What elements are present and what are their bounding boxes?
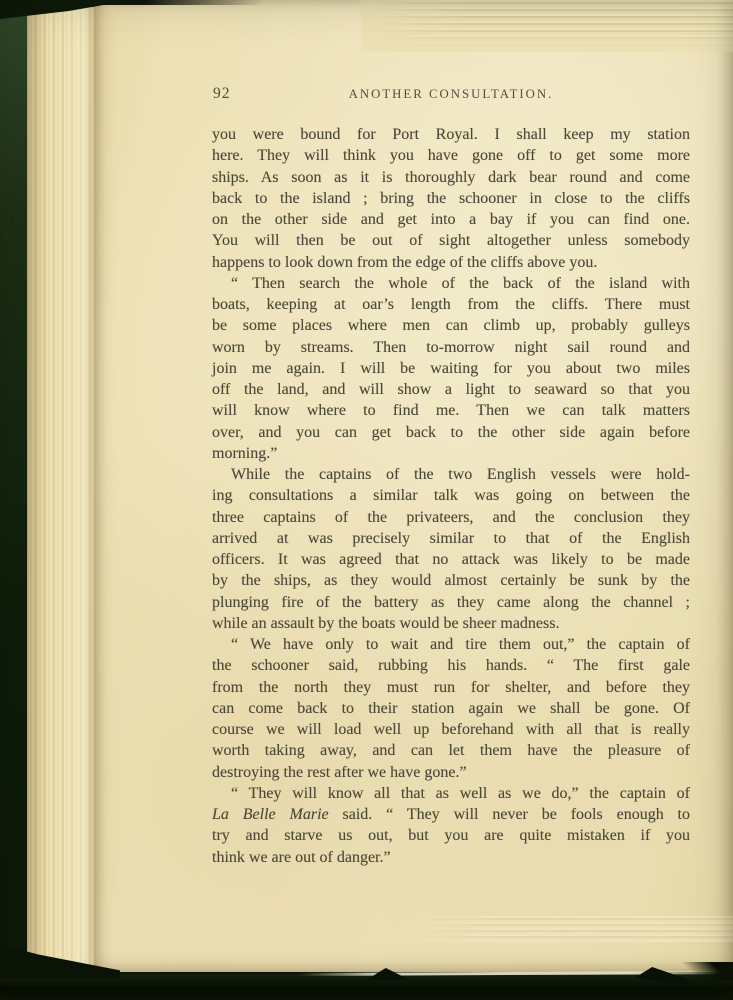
text-line: “ We have only to wait and tire them out…	[212, 634, 690, 655]
text-line: by the ships, as they would almost certa…	[212, 570, 690, 591]
text-line: happens to look down from the edge of th…	[212, 252, 690, 273]
page-corner-bottom-right	[681, 962, 733, 980]
text-line: off the land, and will show a light to s…	[212, 379, 690, 400]
text-line: La Belle Marie said. “ They will never b…	[212, 804, 690, 825]
text-line: can come back to their station again we …	[212, 698, 690, 719]
text-line: boats, keeping at oar’s length from the …	[212, 294, 690, 315]
text-line: destroying the rest after we have gone.”	[212, 762, 690, 783]
book-page: 92 ANOTHER CONSULTATION. you were bound …	[94, 0, 733, 972]
text-line: try and starve us out, but you are quite…	[212, 825, 690, 846]
text-line: over, and you can get back to the other …	[212, 422, 690, 443]
page-edges-top	[361, 0, 733, 52]
text-line: arrived at was precisely similar to that…	[212, 528, 690, 549]
text-line: officers. It was agreed that no attack w…	[212, 549, 690, 570]
text-line: while an assault by the boats would be s…	[212, 613, 690, 634]
text-line: worth taking away, and can let them have…	[212, 740, 690, 761]
book-page-photo: 92 ANOTHER CONSULTATION. you were bound …	[0, 0, 733, 1000]
text-line: course we will load well up beforehand w…	[212, 719, 690, 740]
text-line: will know where to find me. Then we can …	[212, 400, 690, 421]
running-title: ANOTHER CONSULTATION.	[212, 85, 690, 102]
text-line: While the captains of the two English ve…	[212, 464, 690, 485]
text-line: You will then be out of sight altogether…	[212, 230, 690, 251]
text-line: here. They will think you have gone off …	[212, 145, 690, 166]
text-line: think we are out of danger.”	[212, 847, 690, 868]
text-line: you were bound for Port Royal. I shall k…	[212, 124, 690, 145]
page-header: 92 ANOTHER CONSULTATION.	[212, 85, 690, 107]
text-line: three captains of the privateers, and th…	[212, 507, 690, 528]
text-line: on the other side and get into a bay if …	[212, 209, 690, 230]
text-line: “ Then search the whole of the back of t…	[212, 273, 690, 294]
text-line: morning.”	[212, 443, 690, 464]
text-line: back to the island ; bring the schooner …	[212, 188, 690, 209]
text-line: plunging fire of the battery as they cam…	[212, 592, 690, 613]
page-edges-stack	[27, 7, 96, 967]
text-line: ships. As soon as it is thoroughly dark …	[212, 167, 690, 188]
text-line: “ They will know all that as well as we …	[212, 783, 690, 804]
text-line: be some places where men can climb up, p…	[212, 315, 690, 336]
text-line: ing consultations a similar talk was goi…	[212, 485, 690, 506]
body-text: you were bound for Port Royal. I shall k…	[212, 124, 690, 868]
page-edges-bottom-right	[403, 916, 733, 942]
text-line: worn by streams. Then to-morrow night sa…	[212, 337, 690, 358]
text-line: from the north they must run for shelter…	[212, 677, 690, 698]
text-line: join me again. I will be waiting for you…	[212, 358, 690, 379]
page-number: 92	[213, 85, 231, 103]
text-line: the schooner said, rubbing his hands. “ …	[212, 655, 690, 676]
